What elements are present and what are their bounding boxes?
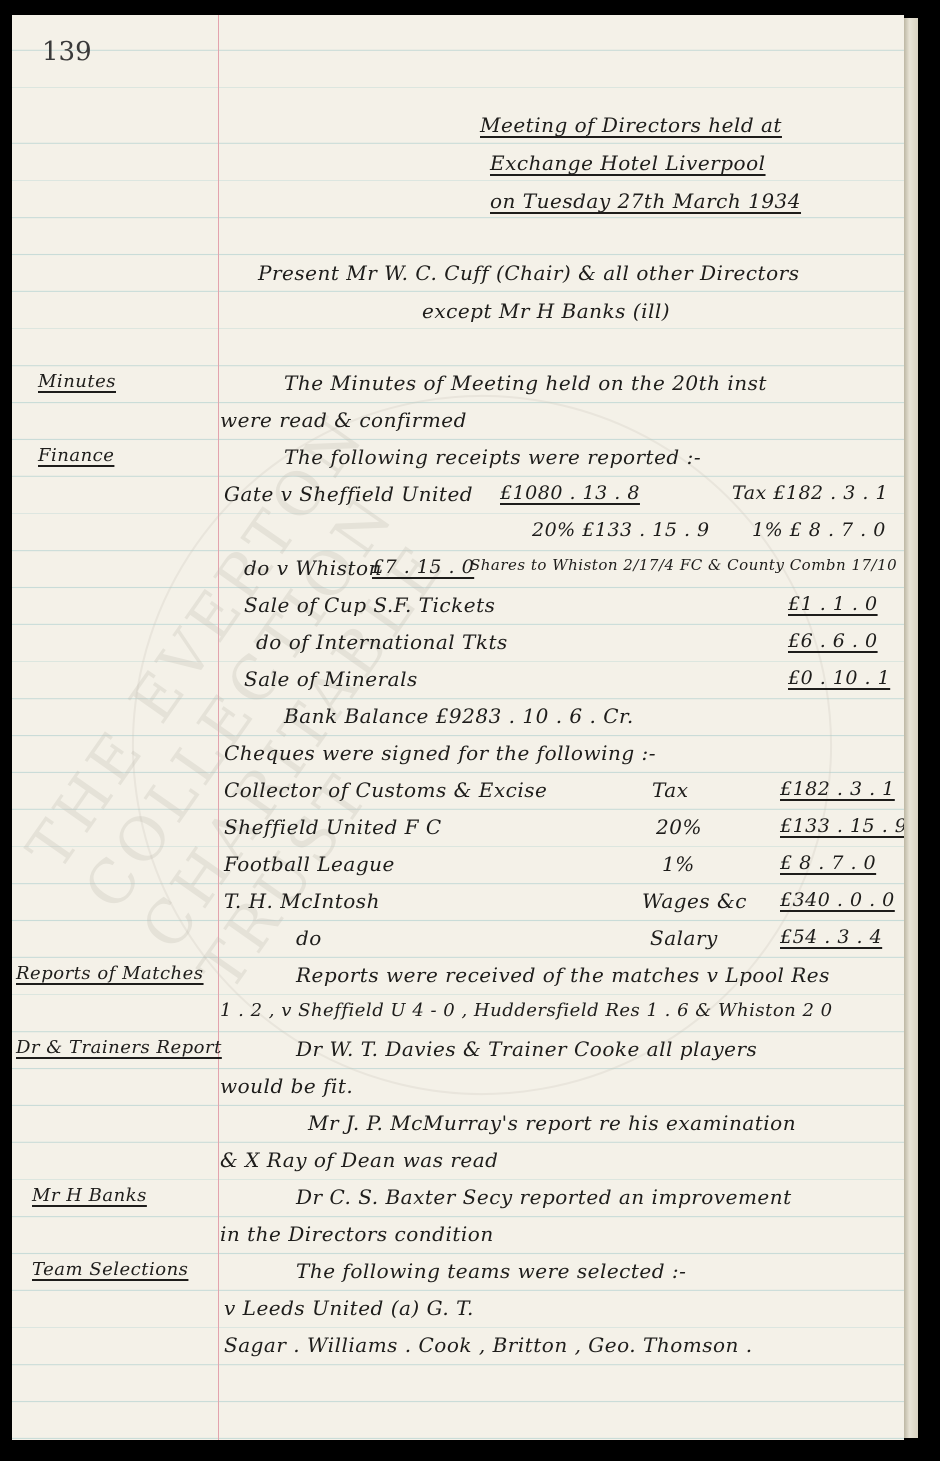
trainers-line2: would be fit.: [220, 1074, 353, 1098]
meeting-title-line2: Exchange Hotel Liverpool: [490, 151, 766, 175]
meeting-title-line3: on Tuesday 27th March 1934: [490, 189, 801, 213]
ledger-page: THE EVERTON COLLECTION CHARITABLE TRUST …: [12, 15, 904, 1440]
receipt-amount: £0 . 10 . 1: [788, 667, 890, 689]
margin-rule: [218, 15, 219, 1440]
heading-mr-h-banks: Mr H Banks: [32, 1185, 147, 1206]
receipts-intro: The following receipts were reported :-: [284, 445, 701, 469]
receipt-amount: £1080 . 13 . 8: [500, 482, 640, 504]
minutes-line2: were read & confirmed: [220, 408, 467, 432]
receipt-amount: £7 . 15 . 0: [372, 556, 474, 578]
heading-team-selections: Team Selections: [32, 1259, 188, 1280]
banks-line2: in the Directors condition: [220, 1222, 494, 1246]
receipt-label: do v Whiston: [244, 556, 382, 580]
receipt-amount: £1 . 1 . 0: [788, 593, 878, 615]
banks-line1: Dr C. S. Baxter Secy reported an improve…: [296, 1185, 792, 1209]
heading-minutes: Minutes: [38, 371, 116, 392]
trainers-line1: Dr W. T. Davies & Trainer Cooke all play…: [296, 1037, 757, 1061]
meeting-title-line1: Meeting of Directors held at: [480, 113, 782, 137]
receipt-amount: 20% £133 . 15 . 9: [532, 519, 710, 541]
trainers-line4: & X Ray of Dean was read: [220, 1148, 498, 1172]
teams-fixture: v Leeds United (a) G. T.: [224, 1296, 474, 1320]
heading-dr-trainers-report: Dr & Trainers Report: [16, 1037, 222, 1058]
present-line1: Present Mr W. C. Cuff (Chair) & all othe…: [258, 261, 799, 285]
cheque-amount: £340 . 0 . 0: [780, 889, 895, 911]
cheque-purpose: Salary: [650, 926, 718, 950]
bank-balance: Bank Balance £9283 . 10 . 6 . Cr.: [284, 704, 634, 728]
receipt-amount: £6 . 6 . 0: [788, 630, 878, 652]
teams-intro: The following teams were selected :-: [296, 1259, 686, 1283]
cheque-amount: £ 8 . 7 . 0: [780, 852, 876, 874]
receipt-extra: Shares to Whiston 2/17/4 FC & County Com…: [470, 556, 897, 574]
cheques-intro: Cheques were signed for the following :-: [224, 741, 656, 765]
reports-line1: Reports were received of the matches v L…: [296, 963, 830, 987]
cheque-amount: £182 . 3 . 1: [780, 778, 895, 800]
cheque-purpose: 1%: [662, 852, 695, 876]
cheque-payee: Football League: [224, 852, 395, 876]
cheque-payee: do: [296, 926, 322, 950]
cheque-amount: £133 . 15 . 9: [780, 815, 904, 837]
trainers-line3: Mr J. P. McMurray's report re his examin…: [308, 1111, 796, 1135]
reports-line2: 1 . 2 , v Sheffield U 4 - 0 , Huddersfie…: [220, 1000, 833, 1021]
page-edge: [904, 18, 918, 1438]
teams-players: Sagar . Williams . Cook , Britton , Geo.…: [224, 1333, 753, 1357]
cheque-payee: Sheffield United F C: [224, 815, 442, 839]
cheque-payee: T. H. McIntosh: [224, 889, 380, 913]
cheque-payee: Collector of Customs & Excise: [224, 778, 547, 802]
cheque-amount: £54 . 3 . 4: [780, 926, 882, 948]
receipt-extra: 1% £ 8 . 7 . 0: [752, 519, 886, 541]
heading-reports-of-matches: Reports of Matches: [16, 963, 204, 984]
present-line2: except Mr H Banks (ill): [422, 299, 670, 323]
cheque-purpose: Tax: [652, 778, 689, 802]
minutes-line1: The Minutes of Meeting held on the 20th …: [284, 371, 767, 395]
cheque-purpose: Wages &c: [642, 889, 747, 913]
receipt-label: Sale of Cup S.F. Tickets: [244, 593, 495, 617]
receipt-label: Gate v Sheffield United: [224, 482, 473, 506]
receipt-label: do of International Tkts: [256, 630, 508, 654]
receipt-extra: Tax £182 . 3 . 1: [732, 482, 888, 504]
heading-finance: Finance: [38, 445, 114, 466]
cheque-purpose: 20%: [656, 815, 702, 839]
receipt-label: Sale of Minerals: [244, 667, 418, 691]
page-number: 139: [42, 37, 92, 67]
